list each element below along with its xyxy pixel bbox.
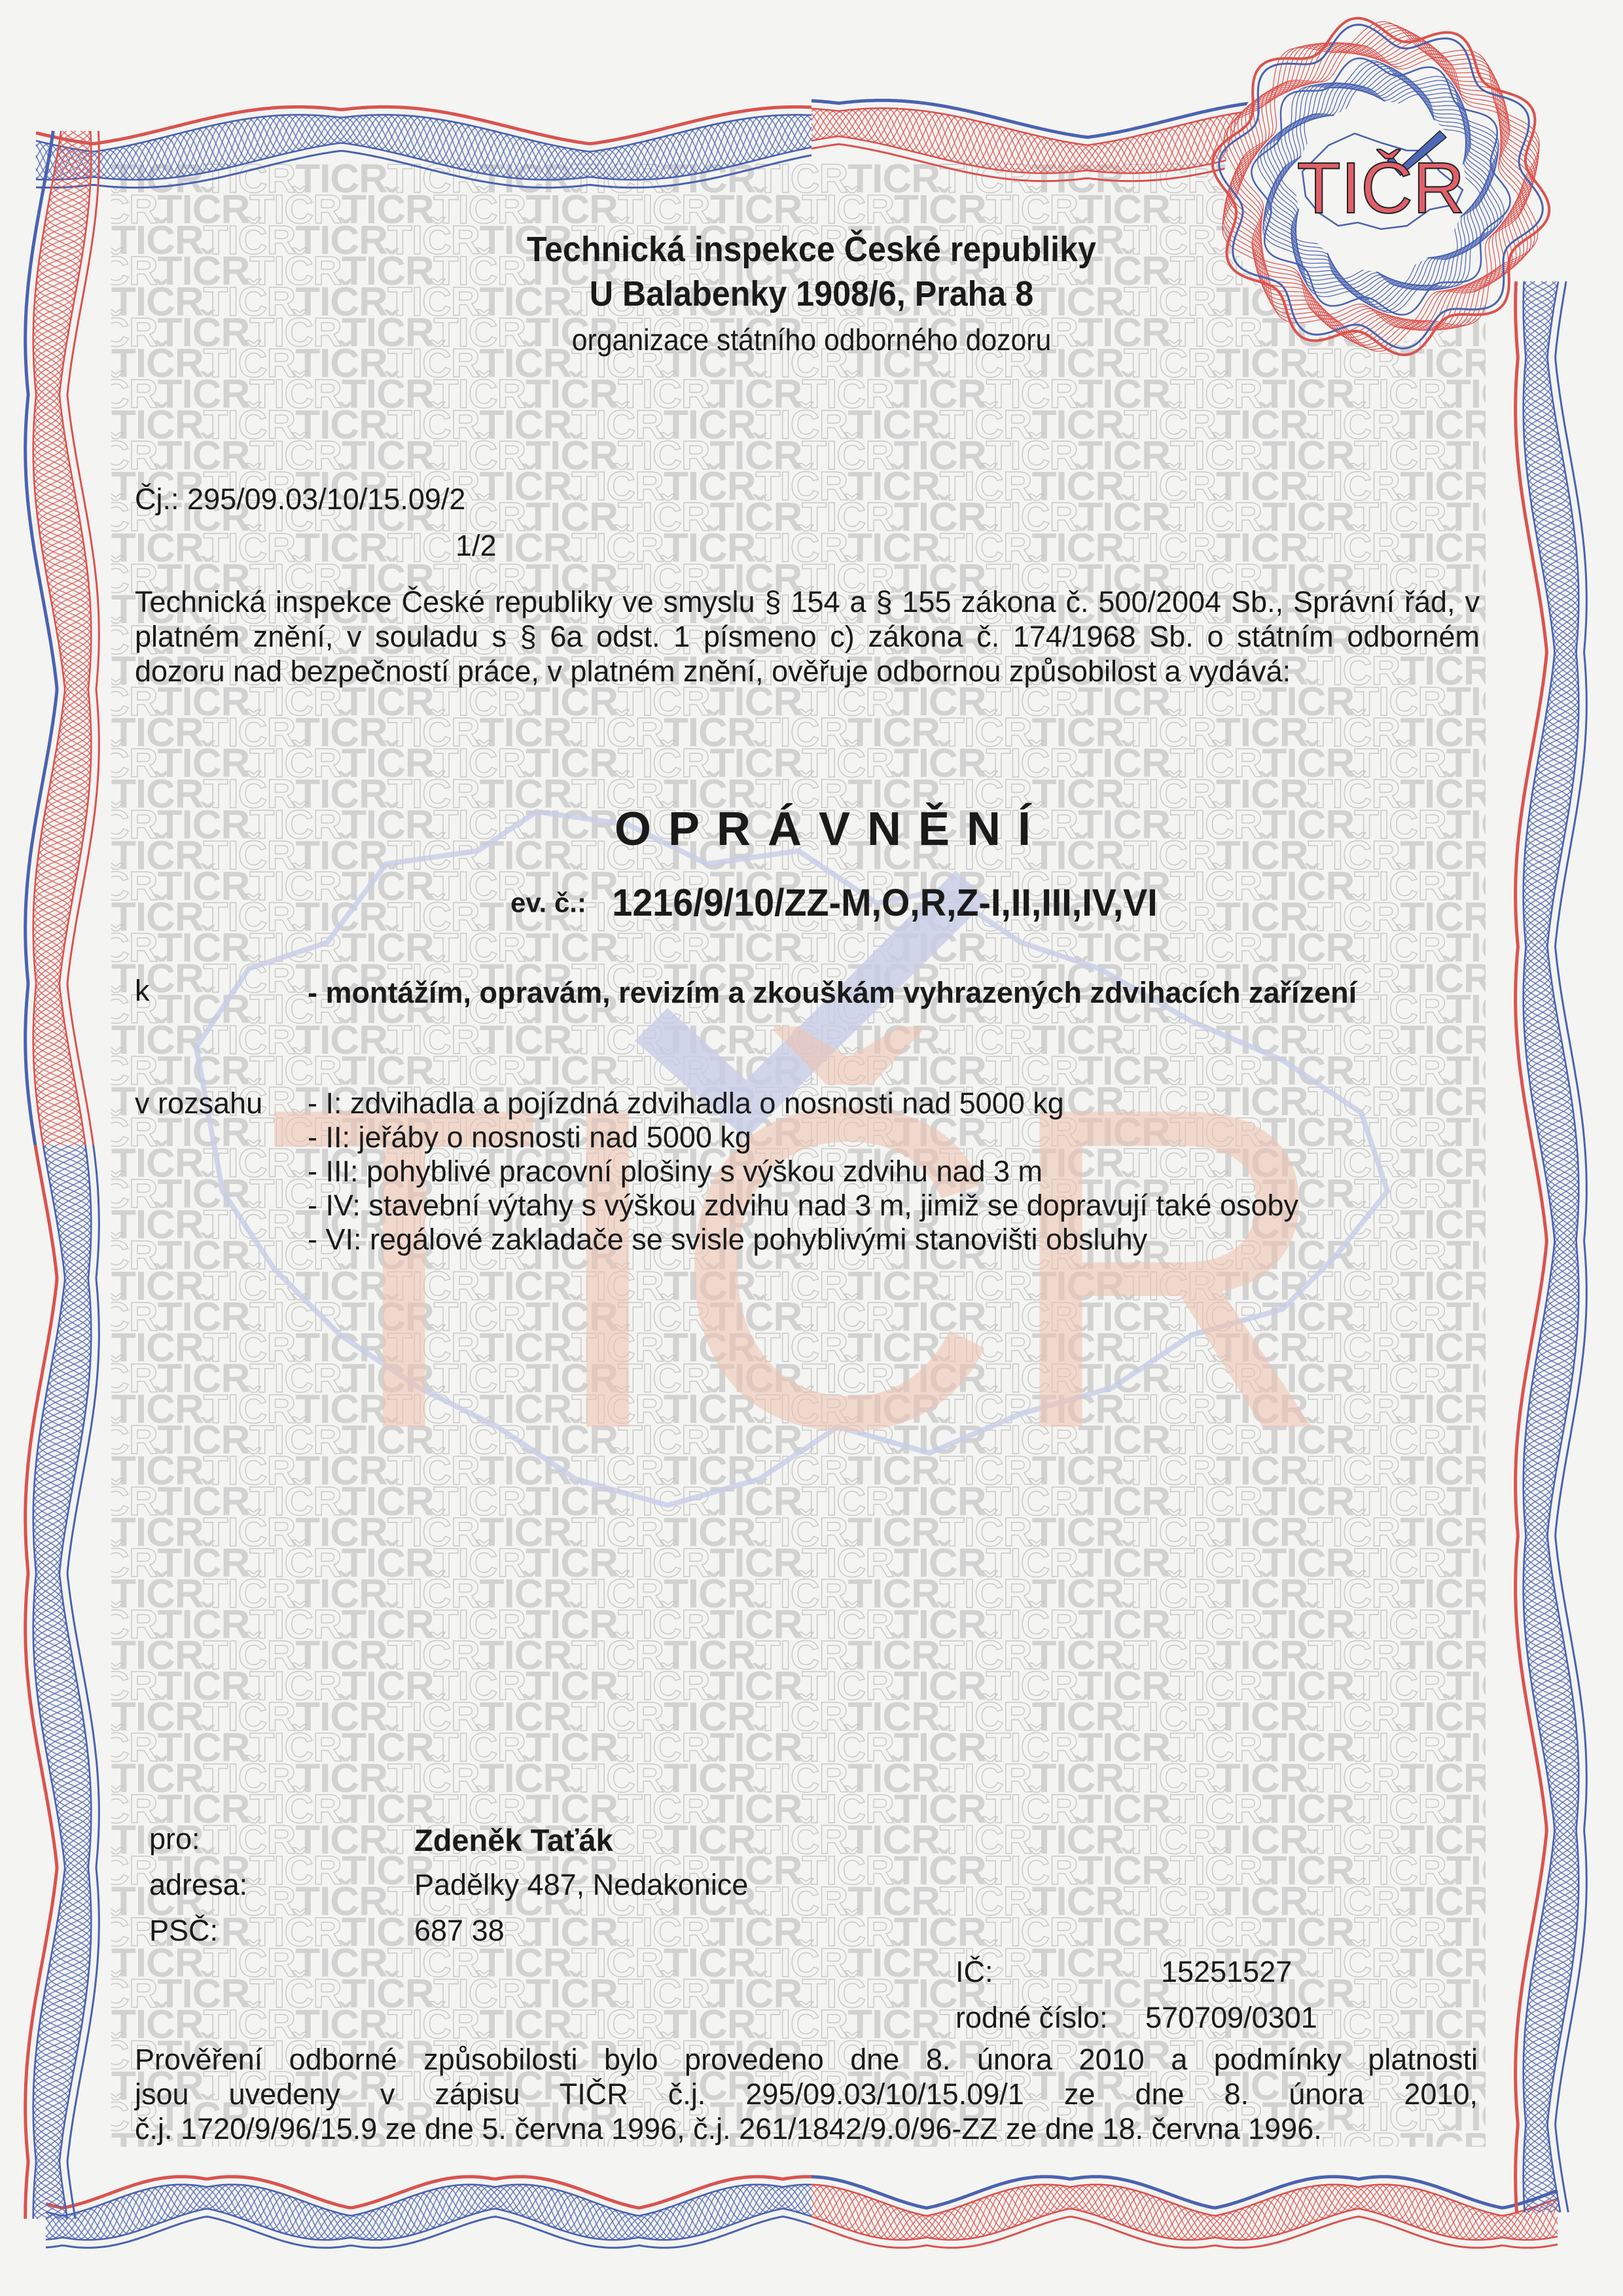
holder-address: Padělky 487, Nedakonice [414, 1868, 748, 1902]
certificate-title: OPRÁVNĚNÍ [0, 802, 1623, 856]
ic-label: IČ: [955, 1955, 993, 1989]
reference-number: Čj.: 295/09.03/10/15.09/2 [135, 482, 465, 516]
scope-item: - IV: stavební výtahy s výškou zdvihu na… [308, 1189, 1298, 1223]
organization-subtitle: organizace státního odborného dozoru [57, 322, 1566, 357]
holder-name: Zdeněk Taťák [414, 1822, 613, 1858]
footer-line: Prověření odborné způsobilosti bylo prov… [135, 2042, 1478, 2077]
scope-item: - III: pohyblivé pracovní plošiny s výšk… [308, 1155, 1298, 1189]
birth-number-value: 570709/0301 [1145, 2001, 1317, 2035]
holder-address-label: adresa: [149, 1868, 247, 1902]
registration-label: ev. č.: [510, 888, 586, 918]
scope-item: - II: jeřáby o nosnosti nad 5000 kg [308, 1121, 1298, 1155]
scope-label: v rozsahu [135, 1086, 262, 1121]
ic-value: 15251527 [1161, 1955, 1292, 1989]
holder-zip-label: PSČ: [149, 1914, 218, 1948]
organization-name: Technická inspekce České republiky [57, 229, 1566, 270]
intro-paragraph: Technická inspekce České republiky ve sm… [135, 584, 1480, 689]
holder-zip: 687 38 [414, 1914, 505, 1948]
ticr-logo-text: TIČR [1297, 148, 1465, 228]
reference-label: Čj.: [135, 482, 179, 516]
scope-item: - VI: regálové zakladače se svisle pohyb… [308, 1223, 1298, 1257]
registration-value: 1216/9/10/ZZ-M,O,R,Z-I,II,III,IV,VI [613, 881, 1158, 925]
birth-number-label: rodné číslo: [955, 2001, 1108, 2035]
organization-address: U Balabenky 1908/6, Praha 8 [57, 274, 1566, 314]
page-number: 1/2 [455, 529, 497, 563]
footer-line: č.j. 1720/9/96/15.9 ze dne 5. června 199… [135, 2111, 1478, 2146]
scope-list: - I: zdvihadla a pojízdná zdvihadla o no… [308, 1086, 1298, 1257]
scope-item: - I: zdvihadla a pojízdná zdvihadla o no… [308, 1086, 1298, 1121]
reference-value: 295/09.03/10/15.09/2 [187, 482, 465, 516]
purpose-label: k [135, 974, 150, 1008]
footer-line: jsou uvedeny v zápisu TIČR č.j. 295/09.0… [135, 2077, 1478, 2111]
purpose-text: - montážím, opravám, revizím a zkouškám … [308, 974, 1387, 1012]
holder-name-label: pro: [149, 1822, 200, 1856]
registration-number: ev. č.: 1216/9/10/ZZ-M,O,R,Z-I,II,III,IV… [510, 881, 1169, 925]
footer-paragraph: Prověření odborné způsobilosti bylo prov… [135, 2042, 1478, 2146]
